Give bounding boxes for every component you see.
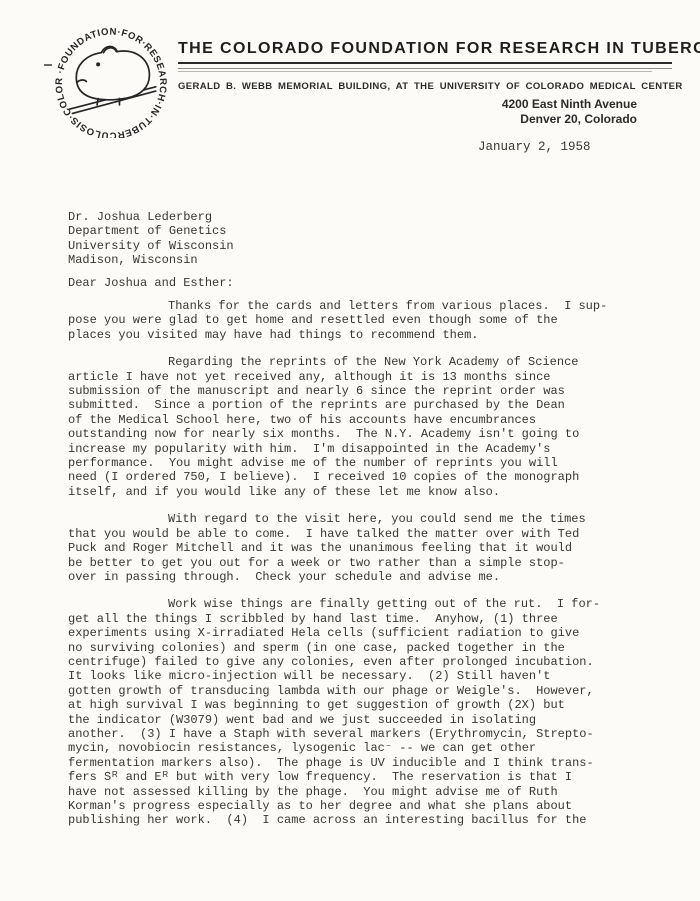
recipient-address-block: Dr. Joshua Lederberg Department of Genet… xyxy=(68,210,234,268)
guinea-pig-icon xyxy=(69,47,155,114)
address-line-1: 4200 East Ninth Avenue xyxy=(502,97,637,112)
paragraph-2: Regarding the reprints of the New York A… xyxy=(68,355,616,499)
org-name-title: THE COLORADO FOUNDATION FOR RESEARCH IN … xyxy=(178,40,672,58)
building-subtitle: GERALD B. WEBB MEMORIAL BUILDING, AT THE… xyxy=(178,81,672,92)
salutation: Dear Joshua and Esther: xyxy=(68,276,234,290)
paragraph-3: With regard to the visit here, you could… xyxy=(68,512,616,584)
title-rule-strong xyxy=(178,62,672,64)
title-rule-thin xyxy=(178,68,672,69)
letter-body: Thanks for the cards and letters from va… xyxy=(68,299,616,841)
title-rule-thin-2 xyxy=(178,71,652,72)
address-line-2: Denver 20, Colorado xyxy=(502,112,637,127)
paragraph-4: Work wise things are finally getting out… xyxy=(68,597,616,828)
letter-page: ·FOUNDATION·FOR·RESEARCH·IN·TUBERCULOSIS… xyxy=(0,0,700,901)
scan-artifact-dash xyxy=(44,64,52,66)
letter-date: January 2, 1958 xyxy=(478,140,591,154)
foundation-seal-logo: ·FOUNDATION·FOR·RESEARCH·IN·TUBERCULOSIS… xyxy=(48,10,176,138)
paragraph-1: Thanks for the cards and letters from va… xyxy=(68,299,616,342)
letterhead: THE COLORADO FOUNDATION FOR RESEARCH IN … xyxy=(178,40,672,92)
letterhead-address: 4200 East Ninth Avenue Denver 20, Colora… xyxy=(502,97,637,126)
